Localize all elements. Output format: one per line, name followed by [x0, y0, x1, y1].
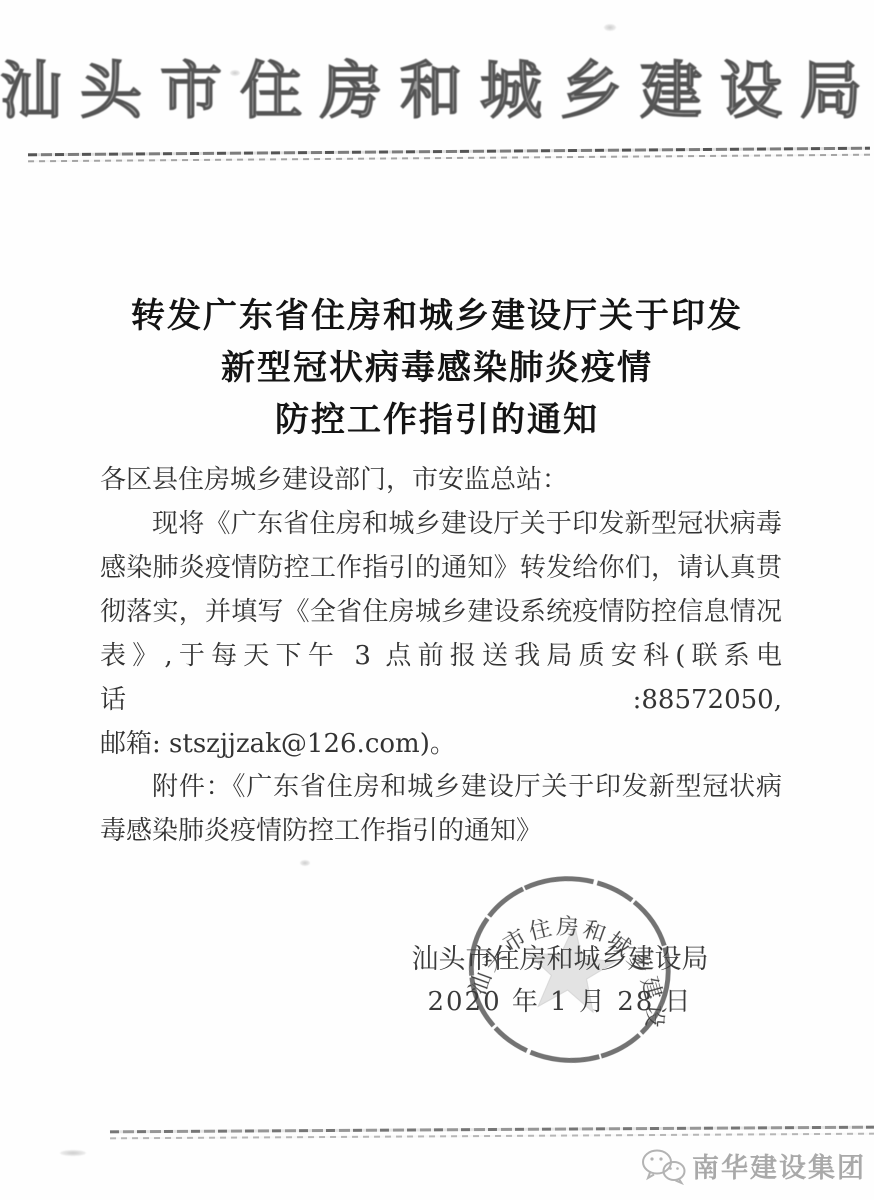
attachment-line: 毒感染肺炎疫情防控工作指引的通知》 — [100, 809, 782, 853]
scan-edge-line — [110, 1126, 874, 1140]
footer-brand: 南华建设集团 — [640, 1146, 866, 1185]
body-line: 现将《广东省住房和城乡建设厅关于印发新型冠状病毒 — [100, 502, 782, 546]
signature-block: 汕头市住房和城乡建设局 2020 年 1 月 28 日 — [400, 940, 720, 1024]
scanned-document-page: 汕头市住房和城乡建设局 转发广东省住房和城乡建设厅关于印发 新型冠状病毒感染肺炎… — [0, 0, 874, 1200]
footer-brand-name: 南华建设集团 — [692, 1146, 866, 1185]
body-line: 表》,于每天下午 3 点前报送我局质安科(联系电话:88572050, — [100, 634, 782, 722]
document-body: 各区县住房城乡建设部门，市安监总站： 现将《广东省住房和城乡建设厅关于印发新型冠… — [100, 458, 782, 766]
scan-noise — [604, 24, 616, 31]
scan-noise — [60, 1150, 86, 1156]
body-line: 彻落实，并填写《全省住房城乡建设系统疫情防控信息情况 — [100, 590, 782, 634]
letterhead-divider-rule — [28, 147, 870, 163]
body-line: 感染肺炎疫情防控工作指引的通知》转发给你们，请认真贯 — [100, 546, 782, 590]
scan-noise — [300, 860, 310, 866]
signature-date: 2020 年 1 月 28 日 — [400, 980, 720, 1024]
attachment-line: 附件：《广东省住房和城乡建设厅关于印发新型冠状病 — [100, 765, 782, 809]
salutation-line: 各区县住房城乡建设部门，市安监总站： — [100, 458, 782, 502]
wechat-icon — [640, 1147, 686, 1185]
signature-agency: 汕头市住房和城乡建设局 — [400, 940, 720, 980]
document-title-line-1: 转发广东省住房和城乡建设厅关于印发 — [60, 290, 814, 342]
document-title-line-3: 防控工作指引的通知 — [60, 394, 814, 446]
scan-noise — [230, 70, 240, 76]
body-line-email: 邮箱: stszjjzak@126.com)。 — [100, 722, 782, 766]
document-title-line-2: 新型冠状病毒感染肺炎疫情 — [60, 342, 814, 394]
attachment-paragraph: 附件：《广东省住房和城乡建设厅关于印发新型冠状病 毒感染肺炎疫情防控工作指引的通… — [100, 765, 782, 853]
document-title: 转发广东省住房和城乡建设厅关于印发 新型冠状病毒感染肺炎疫情 防控工作指引的通知 — [60, 290, 814, 446]
letterhead-agency-name: 汕头市住房和城乡建设局 — [0, 36, 874, 146]
